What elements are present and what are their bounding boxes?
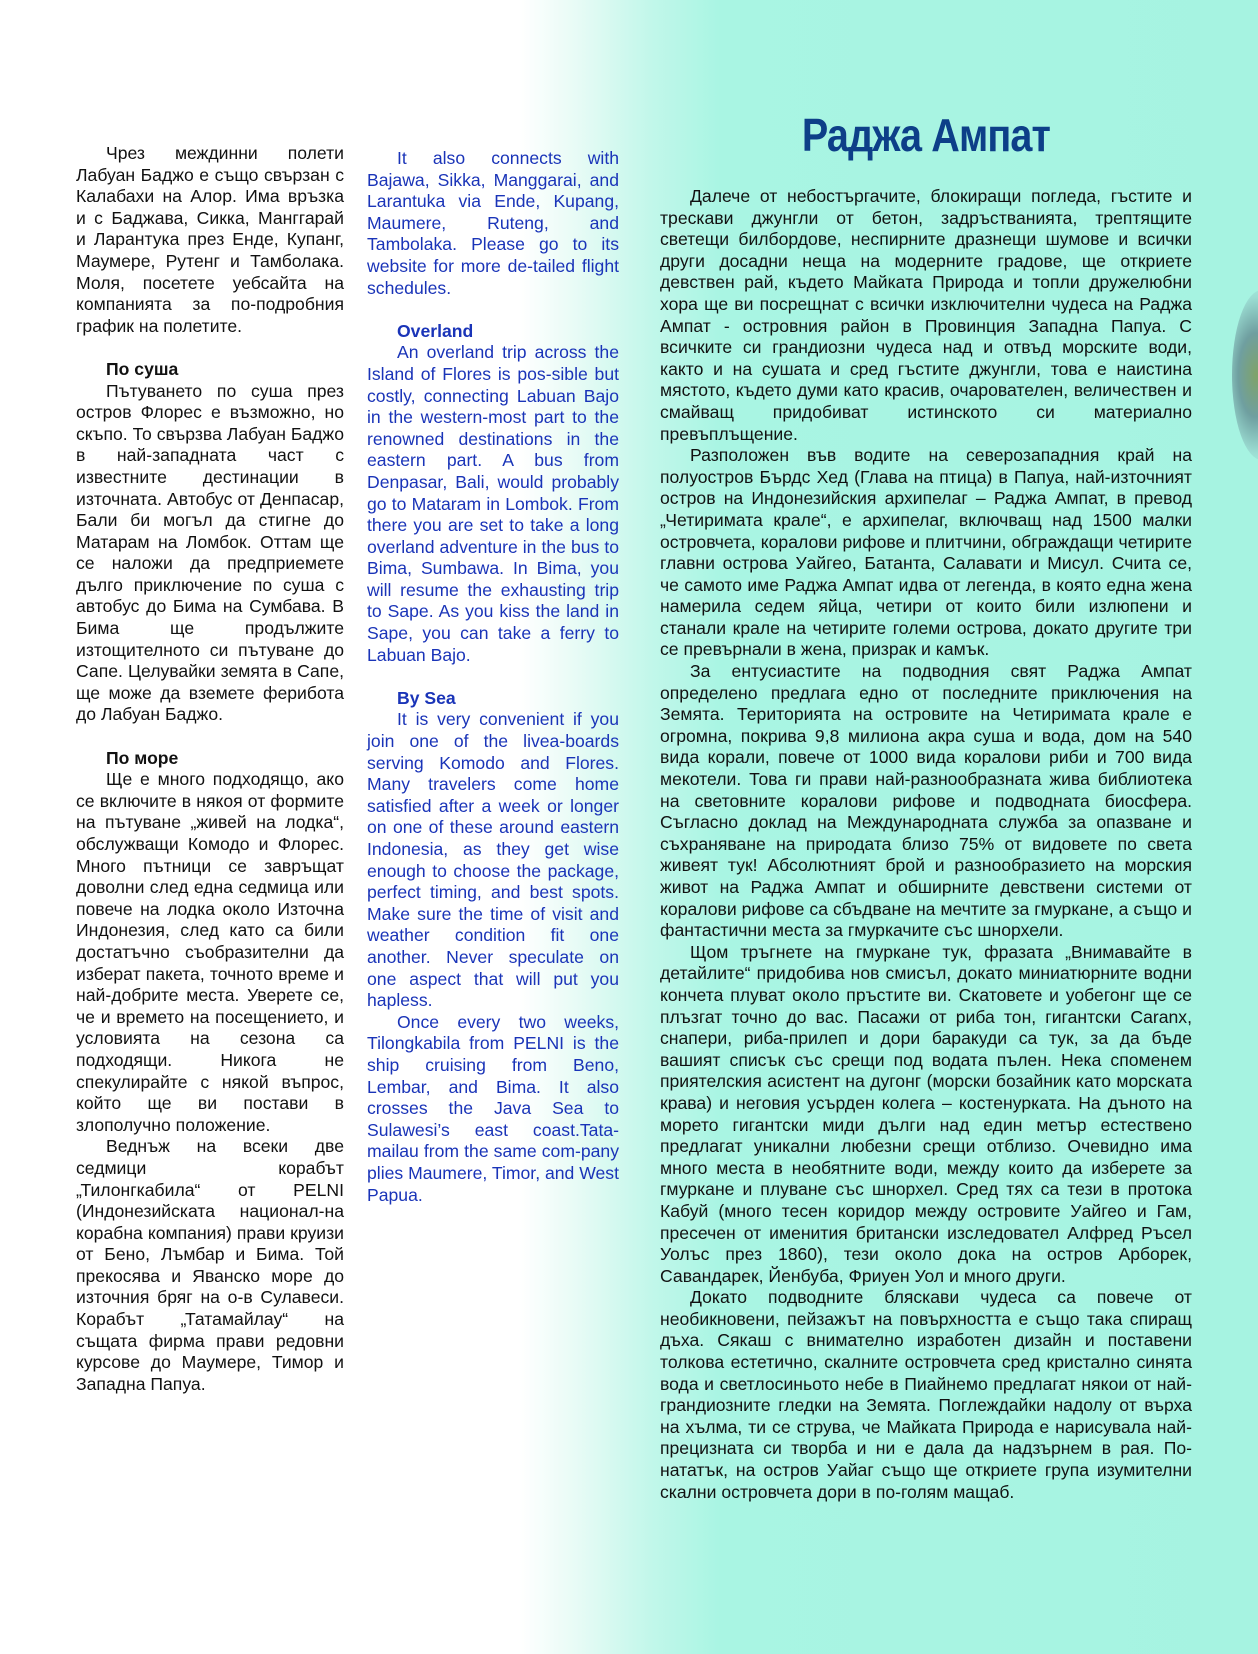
article-paragraph-3: За ентусиастите на подводния свят Раджа … <box>660 661 1192 942</box>
sea-heading-bg: По море <box>76 748 344 770</box>
article-paragraph-2: Разположен във водите на северозападния … <box>660 445 1192 661</box>
raja-ampat-article-body: Далече от небостъргачите, блокиращи погл… <box>660 186 1192 1503</box>
sea-paragraph-1-bg: Ще е много подходящо, ако се включите в … <box>76 769 344 1136</box>
article-paragraph-1: Далече от небостъргачите, блокиращи погл… <box>660 186 1192 445</box>
article-paragraph-5: Докато подводните бляскави чудеса са пов… <box>660 1287 1192 1503</box>
overland-heading-bg: По суша <box>76 359 344 381</box>
overland-paragraph-en: An overland trip across the Island of Fl… <box>367 342 619 666</box>
english-travel-column: It also connects with Bajawa, Sikka, Man… <box>367 148 619 1206</box>
bulgarian-travel-column: Чрез междинни полети Лабуан Баджо е също… <box>76 143 344 1395</box>
sea-heading-en: By Sea <box>367 688 619 710</box>
decorative-image-fragment <box>1232 290 1258 460</box>
article-title: Раджа Ампат <box>697 108 1155 162</box>
flights-paragraph-en: It also connects with Bajawa, Sikka, Man… <box>367 148 619 299</box>
overland-heading-en: Overland <box>367 321 619 343</box>
sea-paragraph-2-bg: Веднъж на всеки две седмици корабът „Тил… <box>76 1136 344 1395</box>
overland-paragraph-bg: Пътуването по суша през остров Флорес е … <box>76 381 344 727</box>
sea-paragraph-1-en: It is very convenient if you join one of… <box>367 709 619 1011</box>
flights-paragraph-bg: Чрез междинни полети Лабуан Баджо е също… <box>76 143 344 337</box>
sea-paragraph-2-en: Once every two weeks, Tilongkabila from … <box>367 1012 619 1206</box>
article-paragraph-4: Щом тръгнете на гмуркане тук, фразата „В… <box>660 942 1192 1288</box>
